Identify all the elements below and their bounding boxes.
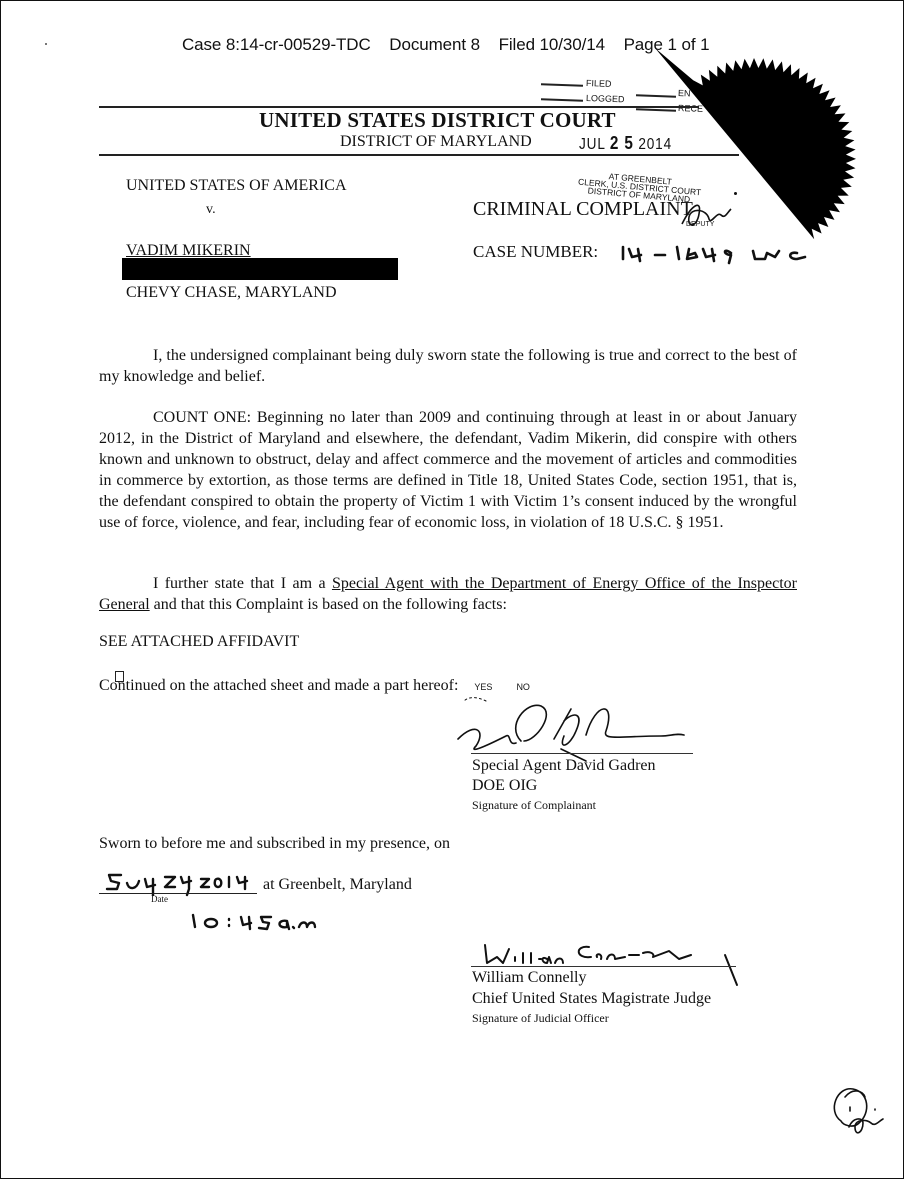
plaintiff: UNITED STATES OF AMERICA bbox=[126, 177, 347, 195]
sworn-time-handwritten bbox=[189, 909, 329, 933]
sworn-location: at Greenbelt, Maryland bbox=[263, 876, 412, 894]
sworn-date-handwritten bbox=[101, 869, 261, 893]
count-one-paragraph: COUNT ONE: Beginning no later than 2009 … bbox=[99, 407, 797, 533]
ecf-filing-header: Case 8:14-cr-00529-TDC Document 8 Filed … bbox=[182, 35, 709, 55]
checkbox-mark bbox=[115, 671, 124, 682]
court-district: DISTRICT OF MARYLAND bbox=[340, 133, 532, 151]
logged-mark: LOGGED bbox=[586, 93, 625, 104]
judge-name: William Connelly bbox=[472, 969, 586, 987]
filed-mark: FILED bbox=[586, 78, 612, 89]
header-rule-bottom bbox=[99, 154, 739, 156]
complainant-caption: Signature of Complainant bbox=[472, 798, 596, 813]
case-id: Case 8:14-cr-00529-TDC bbox=[182, 35, 371, 54]
redacted-seal bbox=[661, 43, 871, 263]
filed-line bbox=[541, 83, 583, 86]
complainant-signature-line bbox=[471, 753, 693, 754]
date-line bbox=[99, 893, 257, 894]
court-title: UNITED STATES DISTRICT COURT bbox=[259, 108, 616, 133]
see-attached: SEE ATTACHED AFFIDAVIT bbox=[99, 631, 797, 652]
document-number: Document 8 bbox=[389, 35, 480, 54]
date-label: Date bbox=[151, 894, 168, 904]
judge-caption: Signature of Judicial Officer bbox=[472, 1011, 609, 1026]
filed-date: Filed 10/30/14 bbox=[499, 35, 605, 54]
document-page: Case 8:14-cr-00529-TDC Document 8 Filed … bbox=[0, 0, 904, 1179]
defendant-location: CHEVY CHASE, MARYLAND bbox=[126, 284, 337, 302]
affiant-paragraph: I further state that I am a Special Agen… bbox=[99, 573, 797, 615]
judge-signature-line bbox=[471, 966, 736, 967]
complainant-signature bbox=[446, 691, 706, 761]
logged-line bbox=[541, 98, 583, 101]
scan-speck bbox=[45, 43, 47, 45]
oath-paragraph: I, the undersigned complainant being dul… bbox=[99, 345, 797, 387]
redaction-bar bbox=[122, 258, 398, 280]
complainant-agency: DOE OIG bbox=[472, 777, 537, 795]
received-date-stamp: JUL 2 5 2014 bbox=[579, 133, 672, 154]
judge-title: Chief United States Magistrate Judge bbox=[472, 990, 711, 1008]
sworn-statement: Sworn to before me and subscribed in my … bbox=[99, 835, 450, 853]
document-type: CRIMINAL COMPLAINT bbox=[473, 198, 693, 221]
versus: v. bbox=[206, 202, 216, 218]
case-number-label: CASE NUMBER: bbox=[473, 242, 598, 262]
complainant-name: Special Agent David Gadren bbox=[472, 757, 656, 775]
initials-mark bbox=[827, 1081, 893, 1151]
